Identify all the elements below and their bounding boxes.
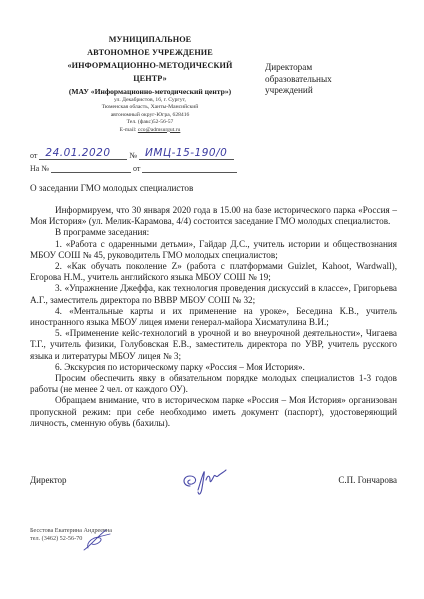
- signature-row: Директор С.П. Гончарова: [30, 470, 397, 500]
- org-name-line-4: ЦЕНТР»: [62, 72, 238, 85]
- registration-row: от 24.01.2020 № ИМЦ-15-190/0: [30, 149, 234, 160]
- program-item-5: 5. «Применение кейс-технологий в урочной…: [30, 328, 397, 362]
- program-item-6: 6. Экскурсия по историческому парку «Рос…: [30, 362, 397, 373]
- recipient-line-3: учреждений: [265, 85, 332, 97]
- org-name-line-3: «ИНФОРМАЦИОННО-МЕТОДИЧЕСКИЙ: [62, 59, 238, 72]
- date-field: 24.01.2020: [39, 149, 127, 160]
- letterhead: МУНИЦИПАЛЬНОЕ АВТОНОМНОЕ УЧРЕЖДЕНИЕ «ИНФ…: [62, 33, 238, 134]
- signer-title: Директор: [30, 475, 67, 485]
- document-page: МУНИЦИПАЛЬНОЕ АВТОНОМНОЕ УЧРЕЖДЕНИЕ «ИНФ…: [0, 0, 424, 599]
- letter-body: Информируем, что 30 января 2020 года в 1…: [30, 205, 397, 429]
- ref-date-field: [142, 162, 237, 173]
- email-link[interactable]: cco@admsurgut.ru: [138, 127, 181, 133]
- notice-paragraph: Обращаем внимание, что в историческом па…: [30, 395, 397, 429]
- reference-row: На № от: [30, 162, 237, 173]
- letter-subject: О заседании ГМО молодых специалистов: [30, 183, 193, 193]
- date-label: от: [30, 151, 37, 160]
- handwritten-date: 24.01.2020: [45, 147, 110, 159]
- program-item-3: 3. «Упражнение Джеффа, как технология пр…: [30, 283, 397, 305]
- recipient-line-2: образовательных: [265, 74, 332, 86]
- handwritten-number: ИМЦ-15-190/0: [145, 147, 227, 159]
- email-label: E-mail:: [120, 127, 137, 133]
- org-email-line: E-mail: cco@admsurgut.ru: [62, 127, 238, 134]
- org-address-line-2: Тюменская область, Ханты-Мансийский: [62, 104, 238, 111]
- org-name-line-1: МУНИЦИПАЛЬНОЕ: [62, 33, 238, 46]
- program-item-2: 2. «Как обучать поколение Z» (работа с п…: [30, 261, 397, 283]
- number-field: ИМЦ-15-190/0: [139, 149, 234, 160]
- recipient-line-1: Директорам: [265, 62, 332, 74]
- org-short-name: (МАУ «Информационно-методический центр»): [54, 86, 246, 97]
- ref-number-label: На №: [30, 164, 49, 173]
- recipient-block: Директорам образовательных учреждений: [265, 62, 332, 97]
- org-phone: Тел. (факс)52-56-57: [62, 119, 238, 126]
- initials-signature-icon: [80, 528, 115, 553]
- ref-number-field: [51, 162, 131, 173]
- intro-paragraph: Информируем, что 30 января 2020 года в 1…: [30, 205, 397, 227]
- program-heading: В программе заседания:: [30, 227, 397, 238]
- request-paragraph: Просим обеспечить явку в обязательном по…: [30, 373, 397, 395]
- ref-date-label: от: [133, 164, 140, 173]
- program-item-4: 4. «Ментальные карты и их применение на …: [30, 306, 397, 328]
- signature-icon: [180, 466, 230, 500]
- org-name-line-2: АВТОНОМНОЕ УЧРЕЖДЕНИЕ: [62, 46, 238, 59]
- number-label: №: [129, 151, 137, 160]
- program-item-1: 1. «Работа с одаренными детьми», Гайдар …: [30, 239, 397, 261]
- signer-name: С.П. Гончарова: [338, 475, 397, 485]
